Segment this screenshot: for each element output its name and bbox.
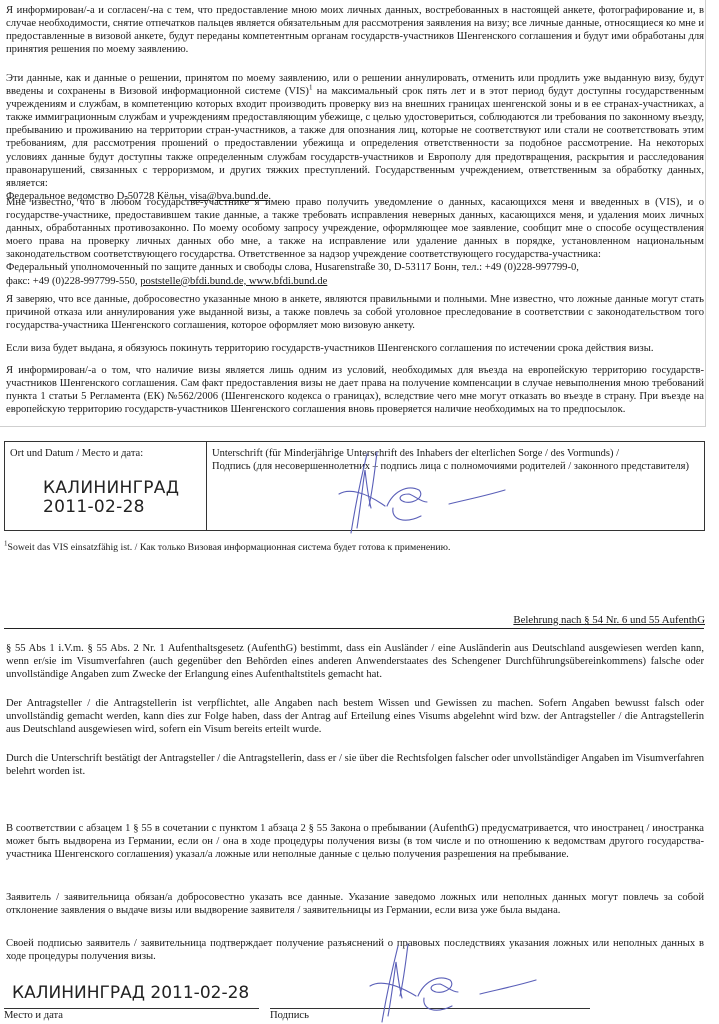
belehrung-title: Belehrung nach § 54 Nr. 6 und 55 Aufenth…	[513, 614, 705, 626]
belehrung-de-paragraph-1: § 55 Abs 1 i.V.m. § 55 Abs. 2 Nr. 1 Aufe…	[6, 642, 704, 681]
place-date-line	[4, 1008, 259, 1009]
bfdi-address: Федеральный уполномоченный по защите дан…	[6, 262, 579, 273]
signature-image	[335, 448, 515, 538]
belehrung-ru-paragraph-2: Заявитель / заявительница обязан/а добро…	[6, 891, 704, 917]
bottom-signature-image	[368, 942, 548, 1024]
place-value: КАЛИНИНГРАД	[43, 479, 179, 498]
date-value: 2011-02-28	[43, 498, 179, 517]
footnote-text: Soweit das VIS einsatzfähig ist. / Как т…	[8, 542, 451, 553]
bottom-signature-label: Подпись	[270, 1010, 309, 1021]
footnote: 1Soweit das VIS einsatzfähig ist. / Как …	[4, 542, 450, 553]
place-date-label: Ort und Datum / Место и дата:	[10, 447, 143, 460]
vis-text-cont: на максимальный срок пять лет и в этот п…	[6, 86, 704, 189]
declaration-paragraph-4: Я заверяю, что все данные, добросовестно…	[6, 293, 704, 332]
footnote-mark: 1	[309, 84, 313, 92]
place-date-value: КАЛИНИНГРАД 2011-02-28	[43, 479, 179, 517]
declaration-paragraph-2: Эти данные, как и данные о решении, прин…	[6, 72, 704, 203]
place-date-cell: Ort und Datum / Место и дата: КАЛИНИНГРА…	[5, 442, 207, 530]
section-divider	[4, 628, 704, 629]
declaration-paragraph-3: Мне известно, что в любом государстве-уч…	[6, 196, 704, 288]
belehrung-ru-paragraph-1: В соответствии с абзацем 1 § 55 в сочета…	[6, 822, 704, 861]
bfdi-links[interactable]: poststelle@bfdi.bund.de, www.bfdi.bund.d…	[140, 276, 327, 287]
bottom-place-date-label: Место и дата	[4, 1010, 63, 1021]
declaration-paragraph-1: Я информирован/-а и согласен/-на с тем, …	[6, 4, 704, 56]
belehrung-de-paragraph-3: Durch die Unterschrift bestätigt der Ant…	[6, 752, 704, 778]
belehrung-de-paragraph-2: Der Antragsteller / die Antragstellerin …	[6, 697, 704, 736]
declaration-paragraph-6: Я информирован/-а о том, что наличие виз…	[6, 364, 704, 416]
belehrung-ru-paragraph-3: Своей подписью заявитель / заявительница…	[6, 937, 704, 963]
bottom-place-date-value: КАЛИНИНГРАД 2011-02-28	[12, 983, 249, 1003]
rights-text: Мне известно, что в любом государстве-уч…	[6, 197, 704, 260]
declaration-paragraph-5: Если виза будет выдана, я обязуюсь покин…	[6, 342, 704, 355]
bfdi-fax: факс: +49 (0)228-997799-550,	[6, 276, 138, 287]
